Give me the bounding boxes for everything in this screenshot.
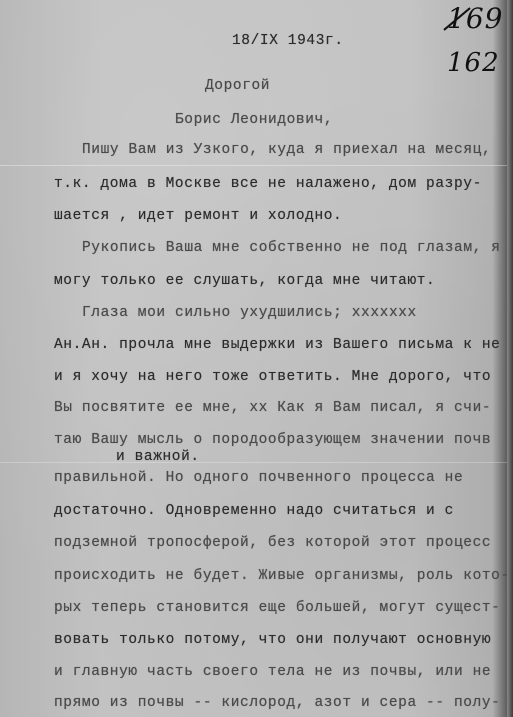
- salutation-line-1: Дорогой: [205, 78, 270, 94]
- body-line: могу только ее слушать, когда мне читают…: [54, 273, 435, 289]
- salutation-line-2: Борис Леонидович,: [175, 112, 333, 128]
- body-line: т.к. дома в Москве все не налажено, дом …: [54, 176, 482, 192]
- body-line: Пишу Вам из Узкого, куда я приехал на ме…: [82, 142, 491, 158]
- letter-date: 18/IX 1943г.: [232, 33, 344, 49]
- page-edge-shadow: [507, 0, 513, 717]
- scanned-letter-page: 169 162 18/IX 1943г. Дорогой Борис Леони…: [0, 0, 513, 717]
- body-line: достаточно. Одновременно надо считаться …: [54, 503, 454, 519]
- body-line: Вы посвятите ее мне, хх Как я Вам писал,…: [54, 400, 491, 416]
- body-line: и главную часть своего тела не из почвы,…: [54, 664, 491, 680]
- body-line: Глаза мои сильно ухудшились; ххххххх: [82, 305, 417, 321]
- body-line: происходить не будет. Живые организмы, р…: [54, 568, 510, 584]
- body-line: шается , идет ремонт и холодно.: [54, 208, 342, 224]
- paper-fold-line: [0, 462, 513, 463]
- body-line-insertion: и важной.: [116, 449, 200, 465]
- body-line: вовать только потому, что они получают о…: [54, 632, 491, 648]
- body-line: Ан.Ан. прочла мне выдержки из Вашего пис…: [54, 337, 500, 353]
- paper-fold-line: [0, 165, 513, 166]
- body-line: рых теперь становится еще большей, могут…: [54, 600, 500, 616]
- body-line: подземной тропосферой, без которой этот …: [54, 535, 491, 551]
- body-line: и я хочу на него тоже ответить. Мне доро…: [54, 369, 491, 385]
- body-line: таю Вашу мысль о породообразующем значен…: [54, 432, 491, 448]
- body-line: Рукопись Ваша мне собственно не под глаз…: [82, 240, 501, 256]
- body-line: правильной. Но одного почвенного процесс…: [54, 470, 463, 486]
- body-line: прямо из почвы -- кислород, азот и сера …: [54, 695, 500, 711]
- archive-number-current: 162: [447, 48, 500, 78]
